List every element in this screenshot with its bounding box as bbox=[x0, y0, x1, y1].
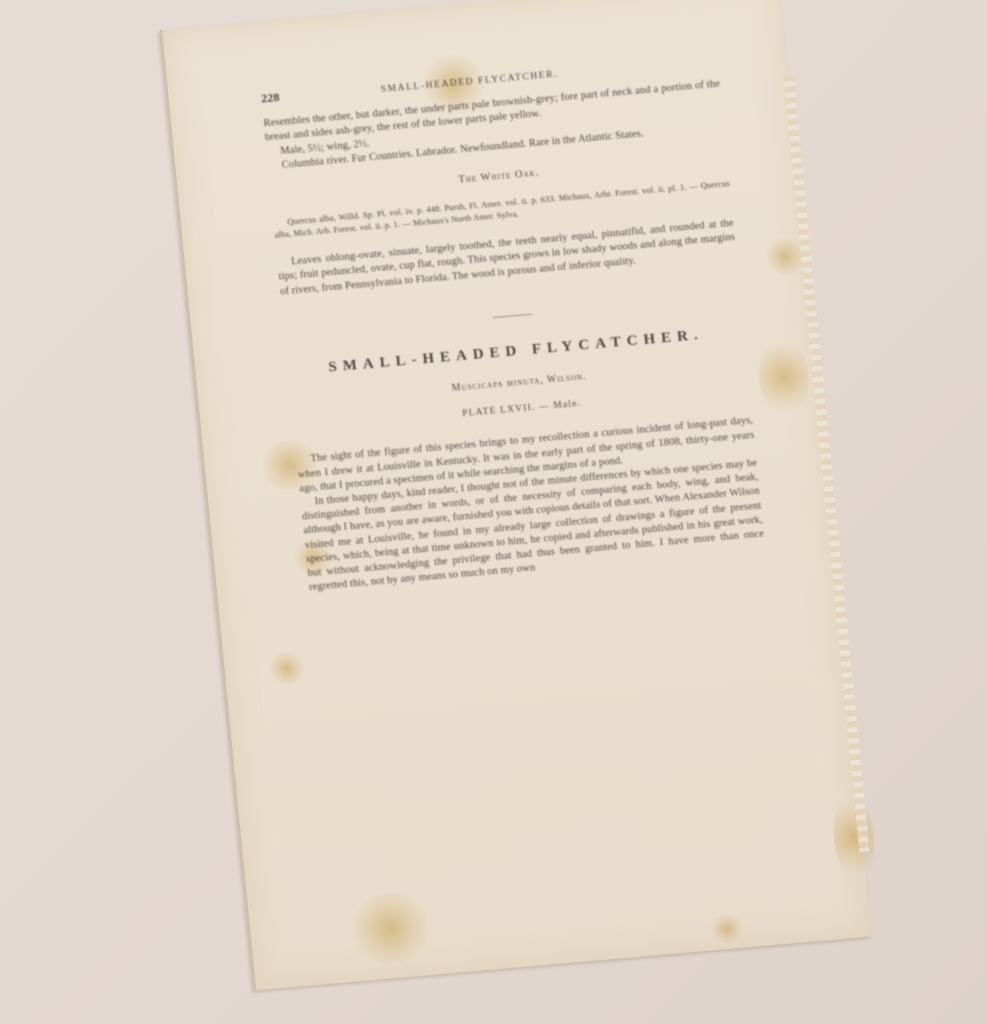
page-number: 228 bbox=[260, 81, 381, 106]
foxing-stain bbox=[347, 890, 434, 967]
foxing-stain bbox=[711, 913, 744, 945]
foxing-stain bbox=[830, 791, 879, 884]
foxing-stain bbox=[765, 235, 805, 278]
divider bbox=[493, 313, 533, 317]
foxing-stain bbox=[268, 650, 305, 687]
book-page: 228 SMALL-HEADED FLYCATCHER. Resembles t… bbox=[160, 0, 872, 990]
page-text: 228 SMALL-HEADED FLYCATCHER. Resembles t… bbox=[260, 52, 766, 596]
foxing-stain bbox=[755, 335, 813, 419]
